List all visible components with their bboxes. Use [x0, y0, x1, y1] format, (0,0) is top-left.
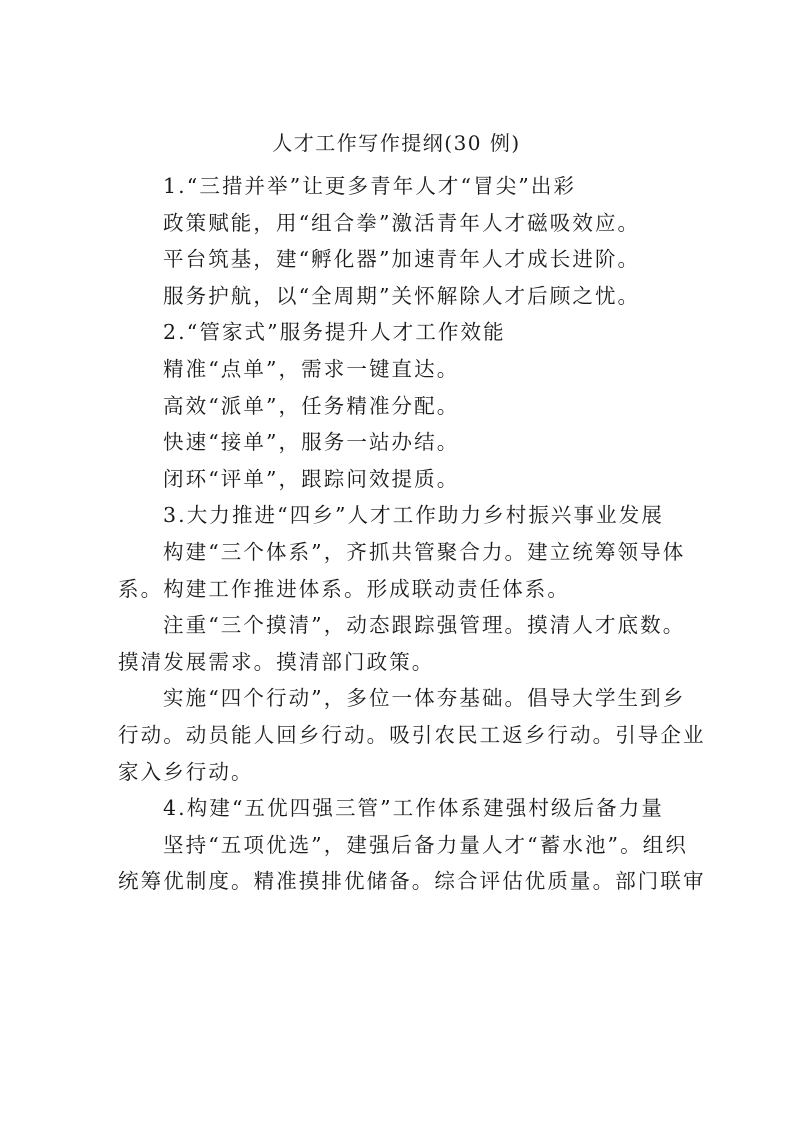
paragraph-line: 统筹优制度。精准摸排优储备。综合评估优质量。部门联审: [118, 863, 678, 900]
heading-1: 1.“三措并举”让更多青年人才“冒尖”出彩: [118, 168, 678, 205]
heading-2: 2.“管家式”服务提升人才工作效能: [118, 314, 678, 351]
paragraph-line: 行动。动员能人回乡行动。吸引农民工返乡行动。引导企业: [118, 717, 678, 754]
paragraph-line: 摸清发展需求。摸清部门政策。: [118, 644, 678, 681]
paragraph-line: 闭环“评单”，跟踪问效提质。: [118, 461, 678, 498]
paragraph-line: 注重“三个摸清”，动态跟踪强管理。摸清人才底数。: [118, 607, 678, 644]
document-page: 人才工作写作提纲(30 例) 1.“三措并举”让更多青年人才“冒尖”出彩 政策赋…: [0, 0, 793, 1122]
paragraph-line: 坚持“五项优选”，建强后备力量人才“蓄水池”。组织: [118, 827, 678, 864]
heading-3: 3.大力推进“四乡”人才工作助力乡村振兴事业发展: [118, 497, 678, 534]
paragraph-line: 实施“四个行动”，多位一体夯基础。倡导大学生到乡: [118, 680, 678, 717]
paragraph-line: 政策赋能，用“组合拳”激活青年人才磁吸效应。: [118, 205, 678, 242]
heading-4: 4.构建“五优四强三管”工作体系建强村级后备力量: [118, 790, 678, 827]
paragraph-line: 构建“三个体系”，齐抓共管聚合力。建立统筹领导体: [118, 534, 678, 571]
paragraph-line: 平台筑基，建“孵化器”加速青年人才成长进阶。: [118, 241, 678, 278]
paragraph-line: 服务护航，以“全周期”关怀解除人才后顾之忧。: [118, 278, 678, 315]
paragraph-line: 高效“派单”，任务精准分配。: [118, 388, 678, 425]
paragraph-line: 家入乡行动。: [118, 754, 678, 791]
document-title: 人才工作写作提纲(30 例): [0, 128, 793, 158]
paragraph-line: 系。构建工作推进体系。形成联动责任体系。: [118, 571, 678, 608]
paragraph-line: 精准“点单”，需求一键直达。: [118, 351, 678, 388]
document-body: 1.“三措并举”让更多青年人才“冒尖”出彩 政策赋能，用“组合拳”激活青年人才磁…: [118, 168, 678, 900]
paragraph-line: 快速“接单”，服务一站办结。: [118, 424, 678, 461]
